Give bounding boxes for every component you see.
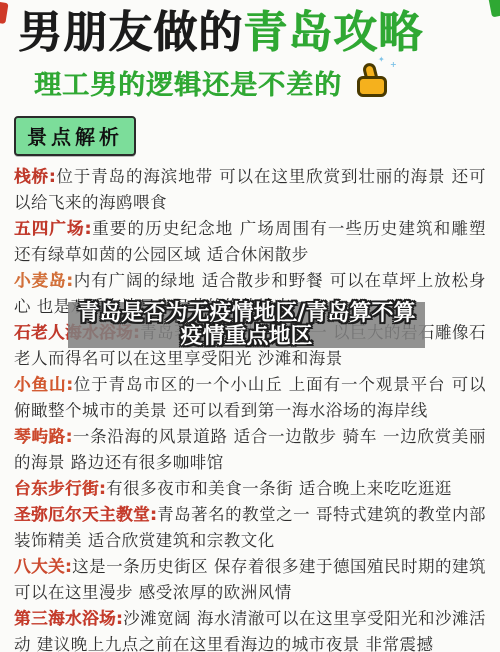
subtitle-row: 理工男的逻辑还是不差的 ✦ + (34, 63, 500, 102)
attraction-item: 台东步行街:有很多夜市和美食一条街 适合晚上来吃吃逛逛 (14, 476, 486, 502)
page-title: 男朋友做的青岛攻略 (18, 8, 492, 59)
title-green-part: 青岛攻略 (243, 7, 423, 58)
attraction-name: 第三海水浴场: (14, 609, 123, 628)
corner-fragment-red (0, 1, 9, 24)
attraction-item: 圣弥厄尔天主教堂:青岛著名的教堂之一 哥特式建筑的教堂内部装饰精美 适合欣赏建筑… (14, 502, 486, 554)
subtitle-text: 理工男的逻辑还是不差的 (34, 63, 342, 102)
attraction-name: 八大关: (14, 557, 72, 576)
attraction-item: 第三海水浴场:沙滩宽阔 海水清澈可以在这里享受阳光和沙滩活动 建议晚上九点之前在… (14, 606, 486, 652)
attraction-desc: 一条沿海的风景道路 适合一边散步 骑车 一边欣赏美丽的海景 路边还有很多咖啡馆 (14, 427, 486, 472)
attraction-name: 小麦岛: (14, 271, 73, 290)
attraction-desc: 位于青岛的海滨地带 可以在这里欣赏到壮丽的海景 还可以给飞来的海鸥喂食 (14, 167, 486, 212)
attraction-item: 琴屿路:一条沿海的风景道路 适合一边散步 骑车 一边欣赏美丽的海景 路边还有很多… (14, 424, 486, 476)
caption-overlay: 青岛是否为无疫情地区/青岛算不算 疫情重点地区 (68, 302, 425, 348)
attraction-desc: 有很多夜市和美食一条街 适合晚上来吃吃逛逛 (106, 479, 452, 498)
attraction-name: 五四广场: (14, 219, 92, 238)
attraction-item: 五四广场:重要的历史纪念地 广场周围有一些历史建筑和雕塑 还有绿草如茵的公园区域… (14, 216, 486, 268)
attraction-item: 八大关:这是一条历史街区 保存着很多建于德国殖民时期的建筑 可以在这里漫步 感受… (14, 554, 486, 606)
thumbs-up-icon: ✦ + (350, 63, 392, 101)
sparkle-icon: + (390, 60, 397, 69)
caption-overlay-line2: 疫情重点地区 (180, 325, 312, 348)
attraction-name: 台东步行街: (14, 479, 106, 498)
attraction-item: 栈桥:位于青岛的海滨地带 可以在这里欣赏到壮丽的海景 还可以给飞来的海鸥喂食 (14, 164, 486, 216)
qingdao-guide-poster: 男朋友做的青岛攻略 理工男的逻辑还是不差的 ✦ + 景点解析 栈桥:位于青岛的海… (0, 0, 500, 652)
attraction-desc: 这是一条历史街区 保存着很多建于德国殖民时期的建筑 可以在这里漫步 感受浓厚的欧… (14, 557, 486, 602)
attraction-item: 小鱼山:位于青岛市区的一个小山丘 上面有一个观景平台 可以俯瞰整个城市的美景 还… (14, 372, 486, 424)
attraction-name: 琴屿路: (14, 427, 73, 446)
title-black-part: 男朋友做的 (18, 7, 243, 58)
attractions-list: 栈桥:位于青岛的海滨地带 可以在这里欣赏到壮丽的海景 还可以给飞来的海鸥喂食 五… (0, 164, 500, 652)
caption-overlay-line1: 青岛是否为无疫情地区/青岛算不算 (77, 302, 415, 325)
attraction-desc: 位于青岛市区的一个小山丘 上面有一个观景平台 可以俯瞰整个城市的美景 还可以看到… (14, 375, 486, 420)
section-badge: 景点解析 (14, 116, 136, 156)
sparkle-icon: ✦ (378, 55, 385, 64)
attraction-name: 小鱼山: (14, 375, 73, 394)
attraction-name: 栈桥: (14, 167, 56, 186)
attraction-name: 圣弥厄尔天主教堂: (14, 505, 157, 524)
